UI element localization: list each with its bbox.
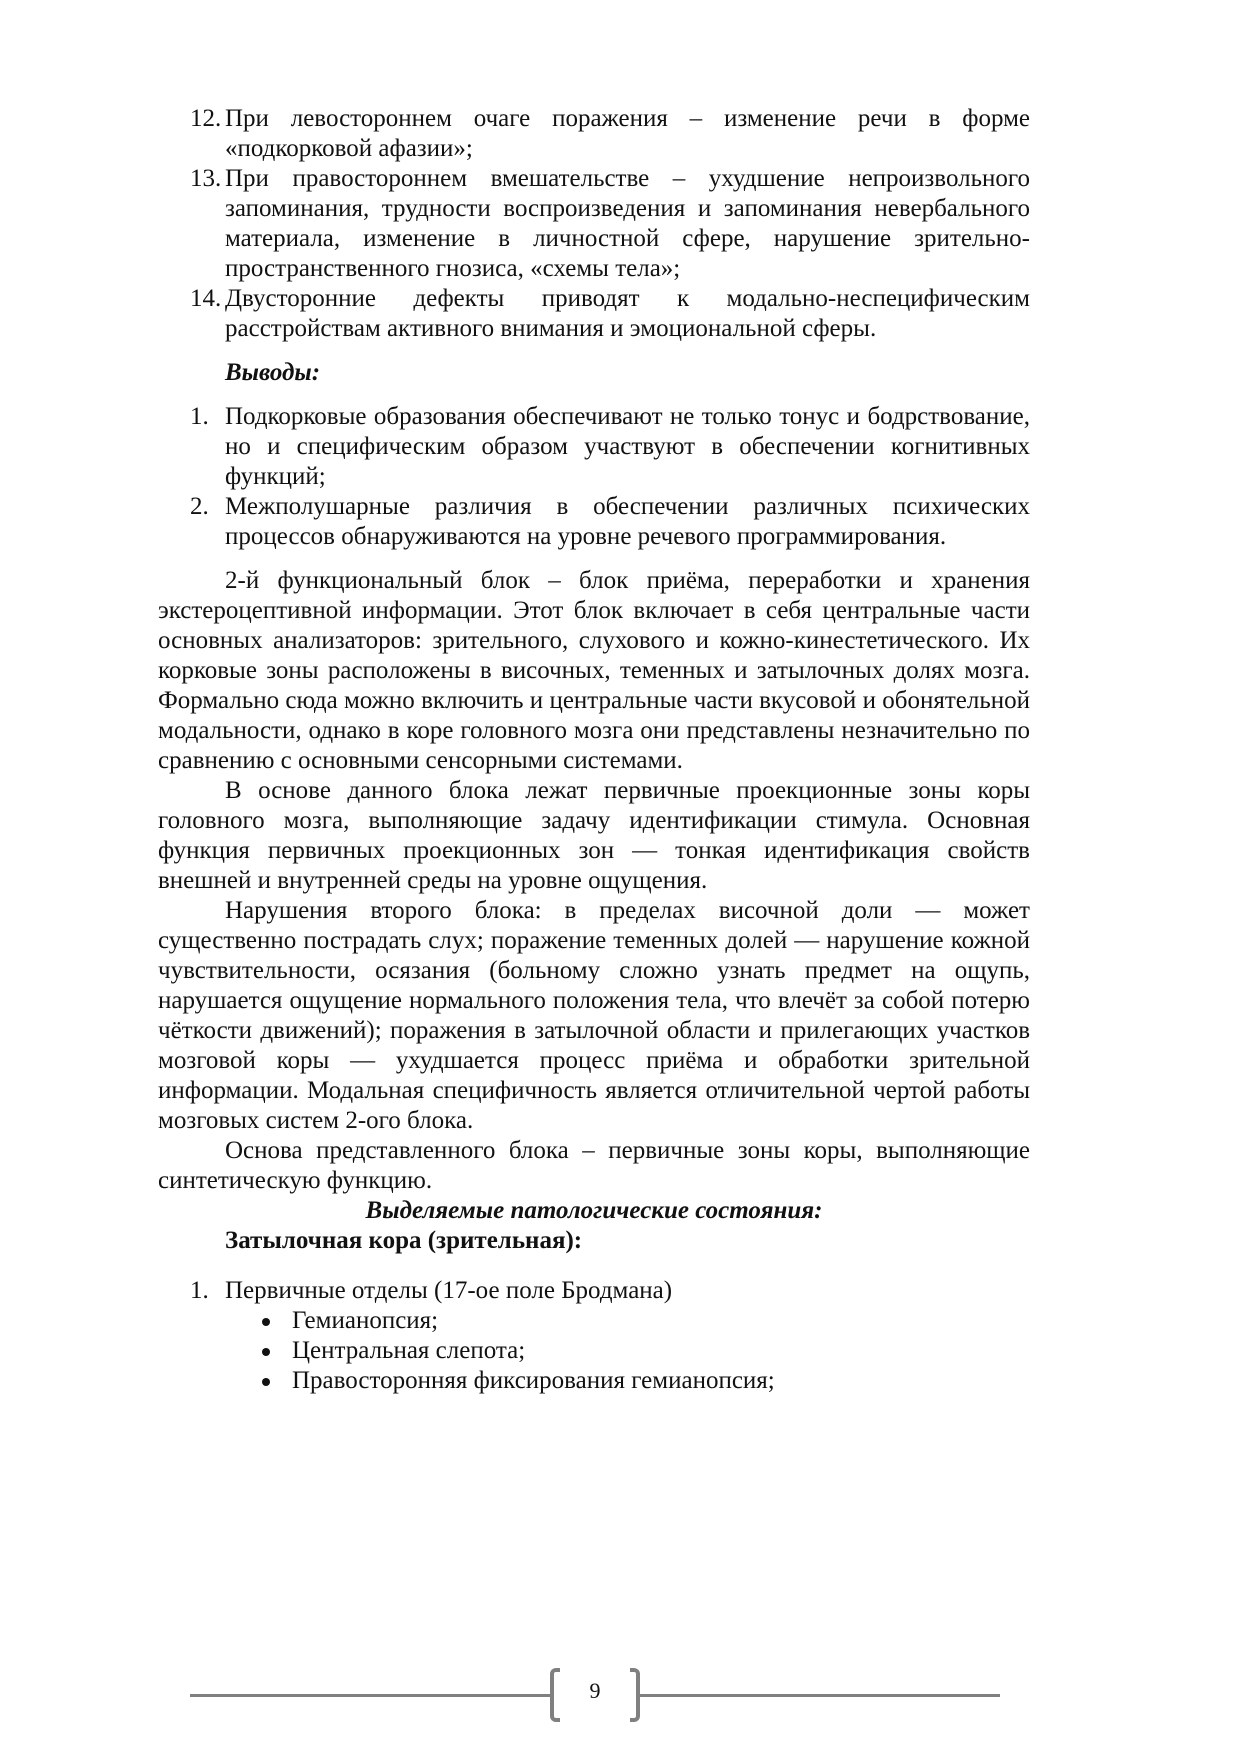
- list-item: 12. При левостороннем очаге поражения – …: [158, 104, 1030, 164]
- list-number: 14.: [190, 284, 221, 314]
- paragraph: 2-й функциональный блок – блок приёма, п…: [158, 566, 1030, 776]
- occipital-list: 1. Первичные отделы (17-ое поле Бродмана…: [158, 1276, 1030, 1306]
- footer-rule-right: [640, 1694, 1000, 1697]
- footer-rule-left: [190, 1694, 552, 1697]
- list-item-text: Подкорковые образования обеспечивают не …: [225, 403, 1030, 490]
- list-item: 1. Подкорковые образования обеспечивают …: [158, 402, 1030, 492]
- right-bracket-icon: [630, 1668, 640, 1722]
- list-item-text: Двусторонние дефекты приводят к модально…: [225, 285, 1030, 342]
- list-item: 14. Двусторонние дефекты приводят к мода…: [158, 284, 1030, 344]
- bullet-icon: [262, 1378, 270, 1386]
- list-item-text: При правостороннем вмешательстве – ухудш…: [225, 165, 1030, 282]
- paragraph: В основе данного блока лежат первичные п…: [158, 776, 1030, 896]
- bullet-icon: [262, 1348, 270, 1356]
- paragraph: Нарушения второго блока: в пределах висо…: [158, 896, 1030, 1136]
- list-item: 1. Первичные отделы (17-ое поле Бродмана…: [158, 1276, 1030, 1306]
- bullet-item: Гемианопсия;: [292, 1306, 1030, 1336]
- bullet-text: Правосторонняя фиксирования гемианопсия;: [292, 1367, 775, 1394]
- page-number: 9: [560, 1678, 630, 1704]
- bullet-item: Правосторонняя фиксирования гемианопсия;: [292, 1366, 1030, 1396]
- bullet-item: Центральная слепота;: [292, 1336, 1030, 1366]
- list-item: 13. При правостороннем вмешательстве – у…: [158, 164, 1030, 284]
- list-number: 12.: [190, 104, 221, 134]
- left-bracket-icon: [550, 1668, 560, 1722]
- list-number: 13.: [190, 164, 221, 194]
- continued-numbered-list: 12. При левостороннем очаге поражения – …: [158, 104, 1030, 344]
- list-number: 1.: [190, 1276, 209, 1306]
- page-footer: 9: [190, 1660, 1000, 1730]
- bullet-icon: [262, 1318, 270, 1326]
- pathology-heading: Выделяемые патологические состояния:: [158, 1196, 1030, 1226]
- bullet-text: Центральная слепота;: [292, 1337, 525, 1364]
- list-number: 2.: [190, 492, 209, 522]
- bullet-list: Гемианопсия; Центральная слепота; Правос…: [158, 1306, 1030, 1396]
- document-page: 12. При левостороннем очаге поражения – …: [158, 104, 1030, 1396]
- list-item-text: Межполушарные различия в обеспечении раз…: [225, 493, 1030, 550]
- list-number: 1.: [190, 402, 209, 432]
- list-item-text: Первичные отделы (17-ое поле Бродмана): [225, 1277, 672, 1304]
- bullet-text: Гемианопсия;: [292, 1307, 438, 1334]
- list-item-text: При левостороннем очаге поражения – изме…: [225, 105, 1030, 162]
- occipital-heading: Затылочная кора (зрительная):: [158, 1226, 1030, 1256]
- list-item: 2. Межполушарные различия в обеспечении …: [158, 492, 1030, 552]
- paragraph: Основа представленного блока – первичные…: [158, 1136, 1030, 1196]
- conclusions-list: 1. Подкорковые образования обеспечивают …: [158, 402, 1030, 552]
- conclusions-heading: Выводы:: [158, 358, 1030, 388]
